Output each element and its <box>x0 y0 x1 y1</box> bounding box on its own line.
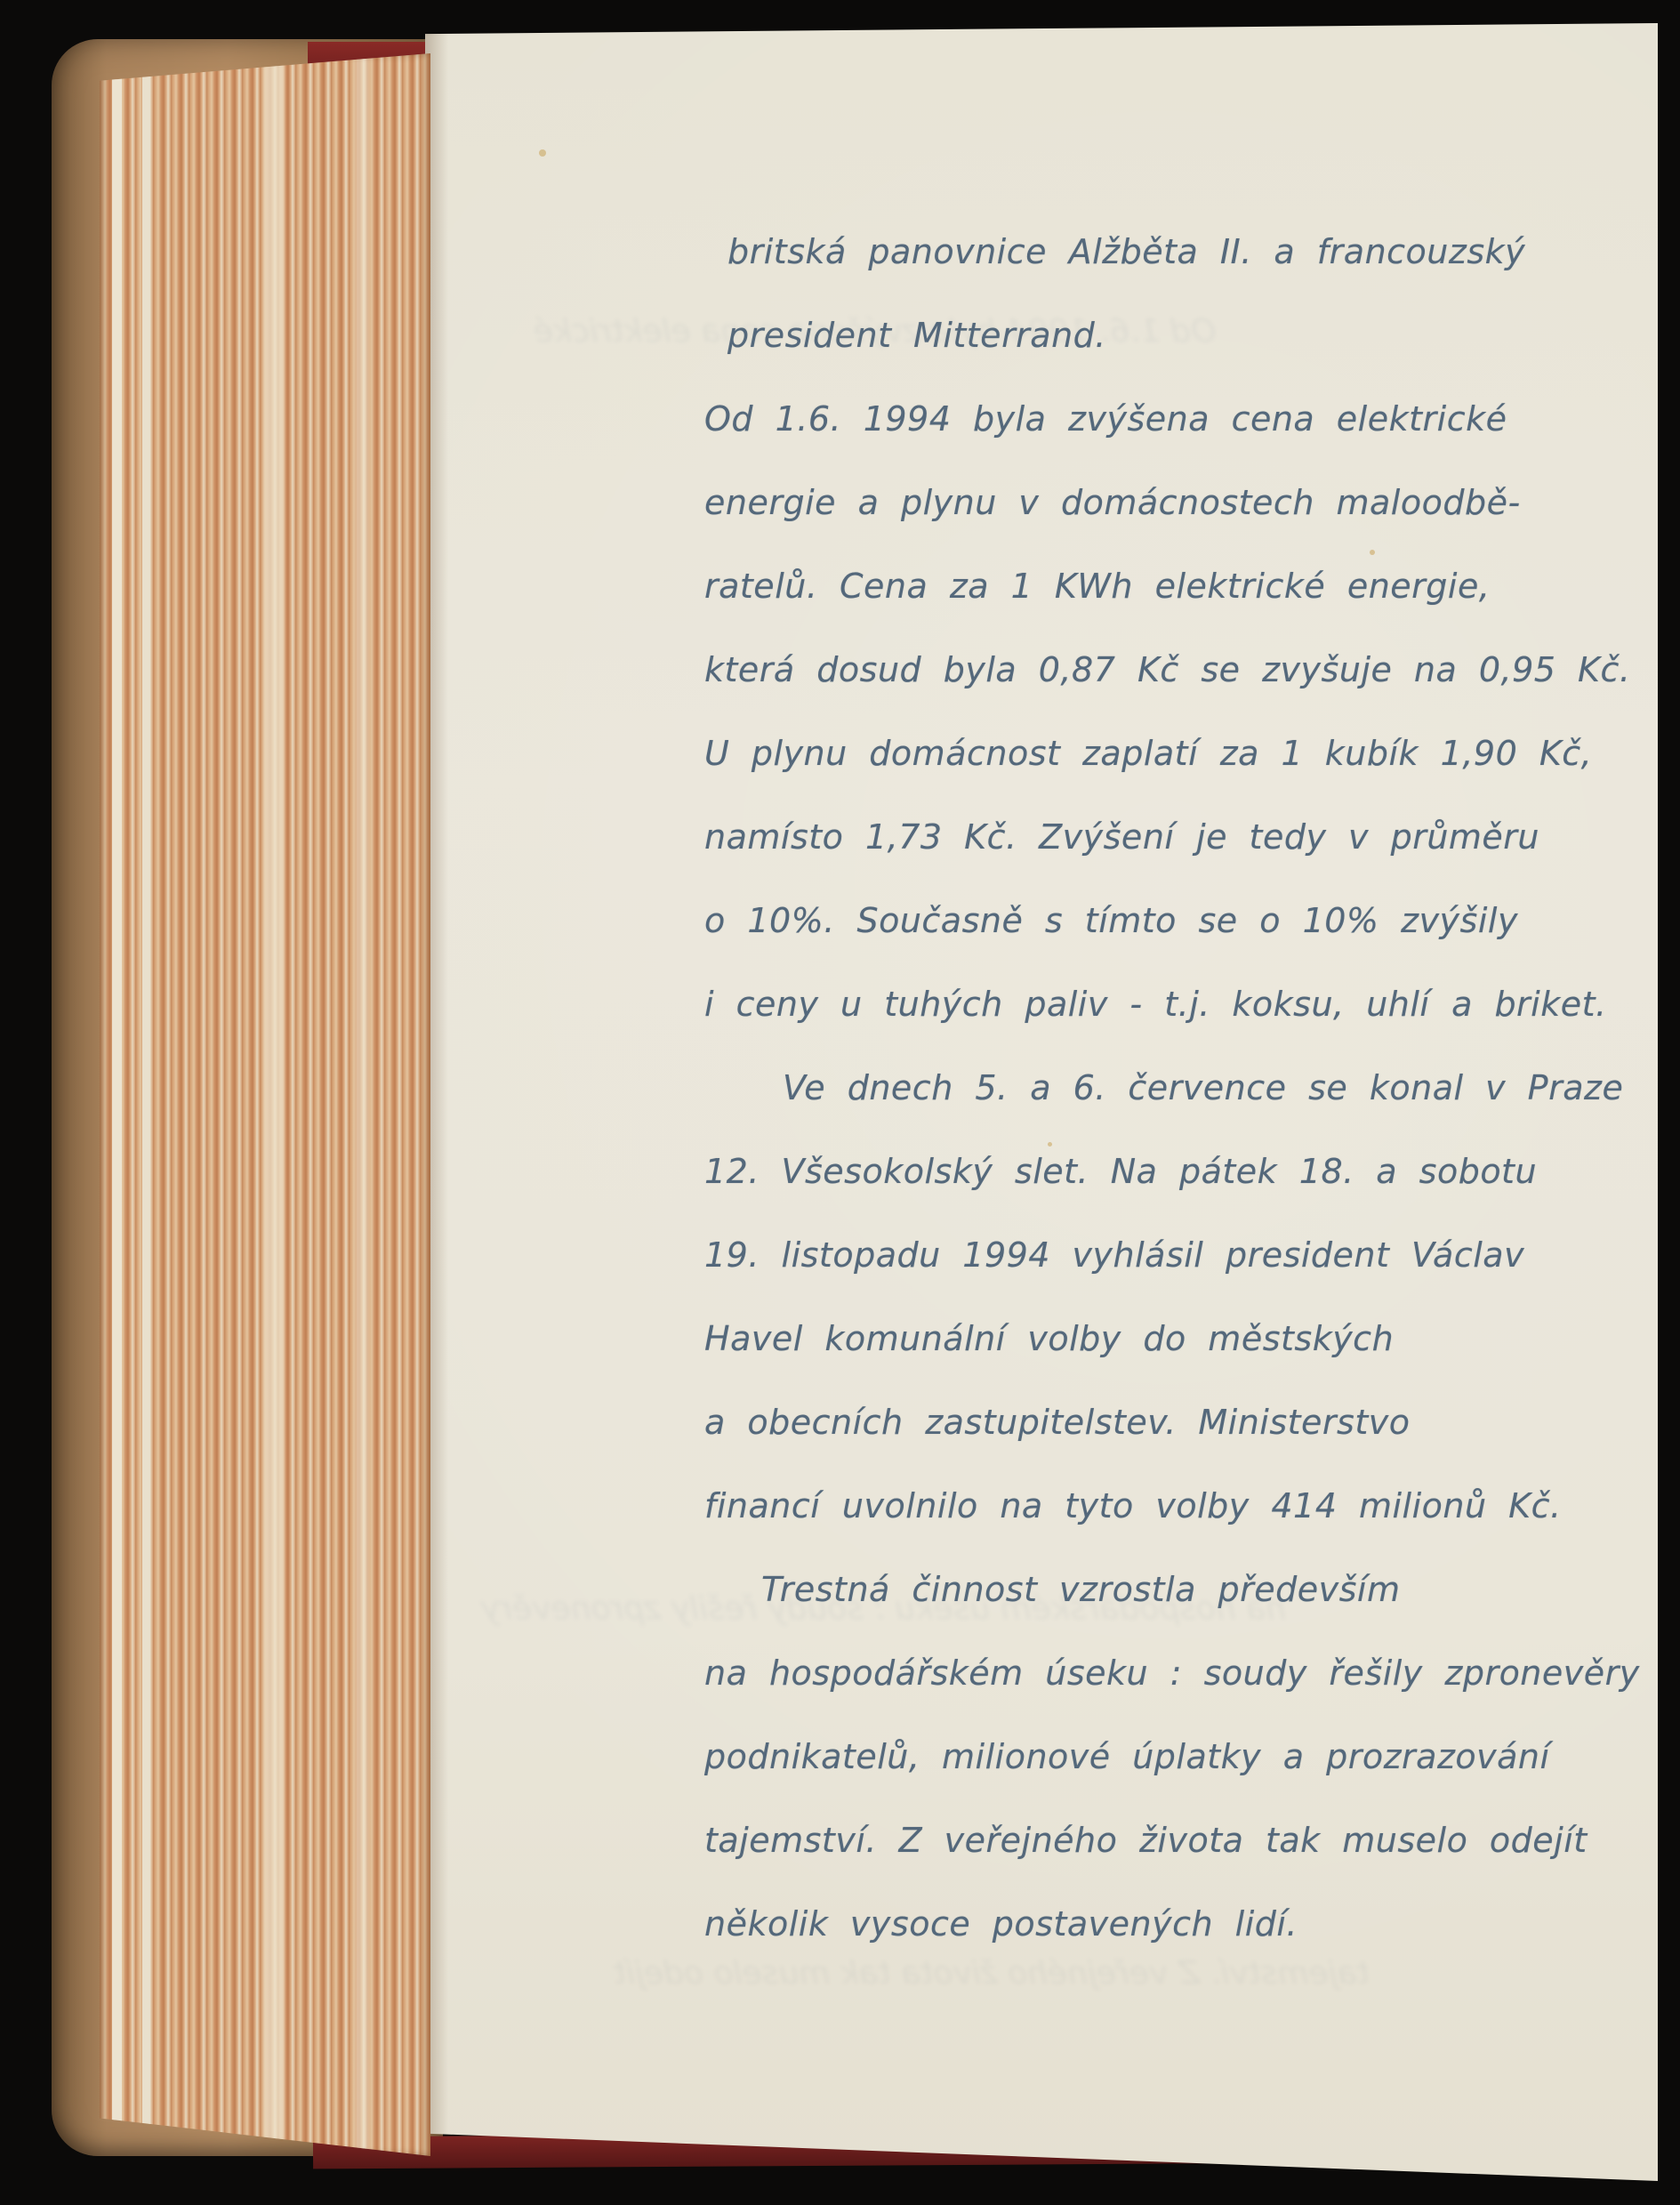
manuscript-line: britská panovnice Alžběta II. a francouz… <box>704 210 1640 294</box>
manuscript-line: o 10%. Současně s tímto se o 10% zvýšily <box>704 879 1640 962</box>
manuscript-line: Od 1.6. 1994 byla zvýšena cena elektrick… <box>704 377 1640 461</box>
manuscript-line: Trestná činnost vzrostla především <box>704 1548 1640 1631</box>
foxing-speck <box>539 149 546 157</box>
stacked-page-edges <box>100 53 430 2156</box>
manuscript-line: Havel komunální volby do městských <box>704 1297 1640 1380</box>
manuscript-line: president Mitterrand. <box>704 294 1640 377</box>
manuscript-line: 19. listopadu 1994 vyhlásil president Vá… <box>704 1213 1640 1297</box>
manuscript-line: a obecních zastupitelstev. Ministerstvo <box>704 1380 1640 1464</box>
manuscript-line: namísto 1,73 Kč. Zvýšení je tedy v průmě… <box>704 795 1640 879</box>
photo-of-chronicle-page: { "photo": { "background_color": "#0b0a0… <box>0 0 1680 2205</box>
book-photo: Od 1.6. 1994 byla zvýšena cena elektrick… <box>0 0 1680 2205</box>
manuscript-line: podnikatelů, milionové úplatky a prozraz… <box>704 1715 1640 1799</box>
manuscript-line: která dosud byla 0,87 Kč se zvyšuje na 0… <box>704 628 1640 712</box>
manuscript-line: tajemství. Z veřejného života tak muselo… <box>704 1799 1640 1882</box>
manuscript-line: několik vysoce postavených lidí. <box>704 1882 1640 1966</box>
manuscript-line: 12. Všesokolský slet. Na pátek 18. a sob… <box>704 1130 1640 1213</box>
manuscript-line: i ceny u tuhých paliv - t.j. koksu, uhlí… <box>704 962 1640 1046</box>
manuscript-line: financí uvolnilo na tyto volby 414 milio… <box>704 1464 1640 1548</box>
manuscript-line: Ve dnech 5. a 6. července se konal v Pra… <box>704 1046 1640 1130</box>
handwritten-text-block: britská panovnice Alžběta II. a francouz… <box>704 210 1640 1966</box>
manuscript-line: ratelů. Cena za 1 KWh elektrické energie… <box>704 544 1640 628</box>
manuscript-line: U plynu domácnost zaplatí za 1 kubík 1,9… <box>704 712 1640 795</box>
manuscript-line: energie a plynu v domácnostech maloodbě- <box>704 461 1640 544</box>
manuscript-line: na hospodářském úseku : soudy řešily zpr… <box>704 1631 1640 1715</box>
